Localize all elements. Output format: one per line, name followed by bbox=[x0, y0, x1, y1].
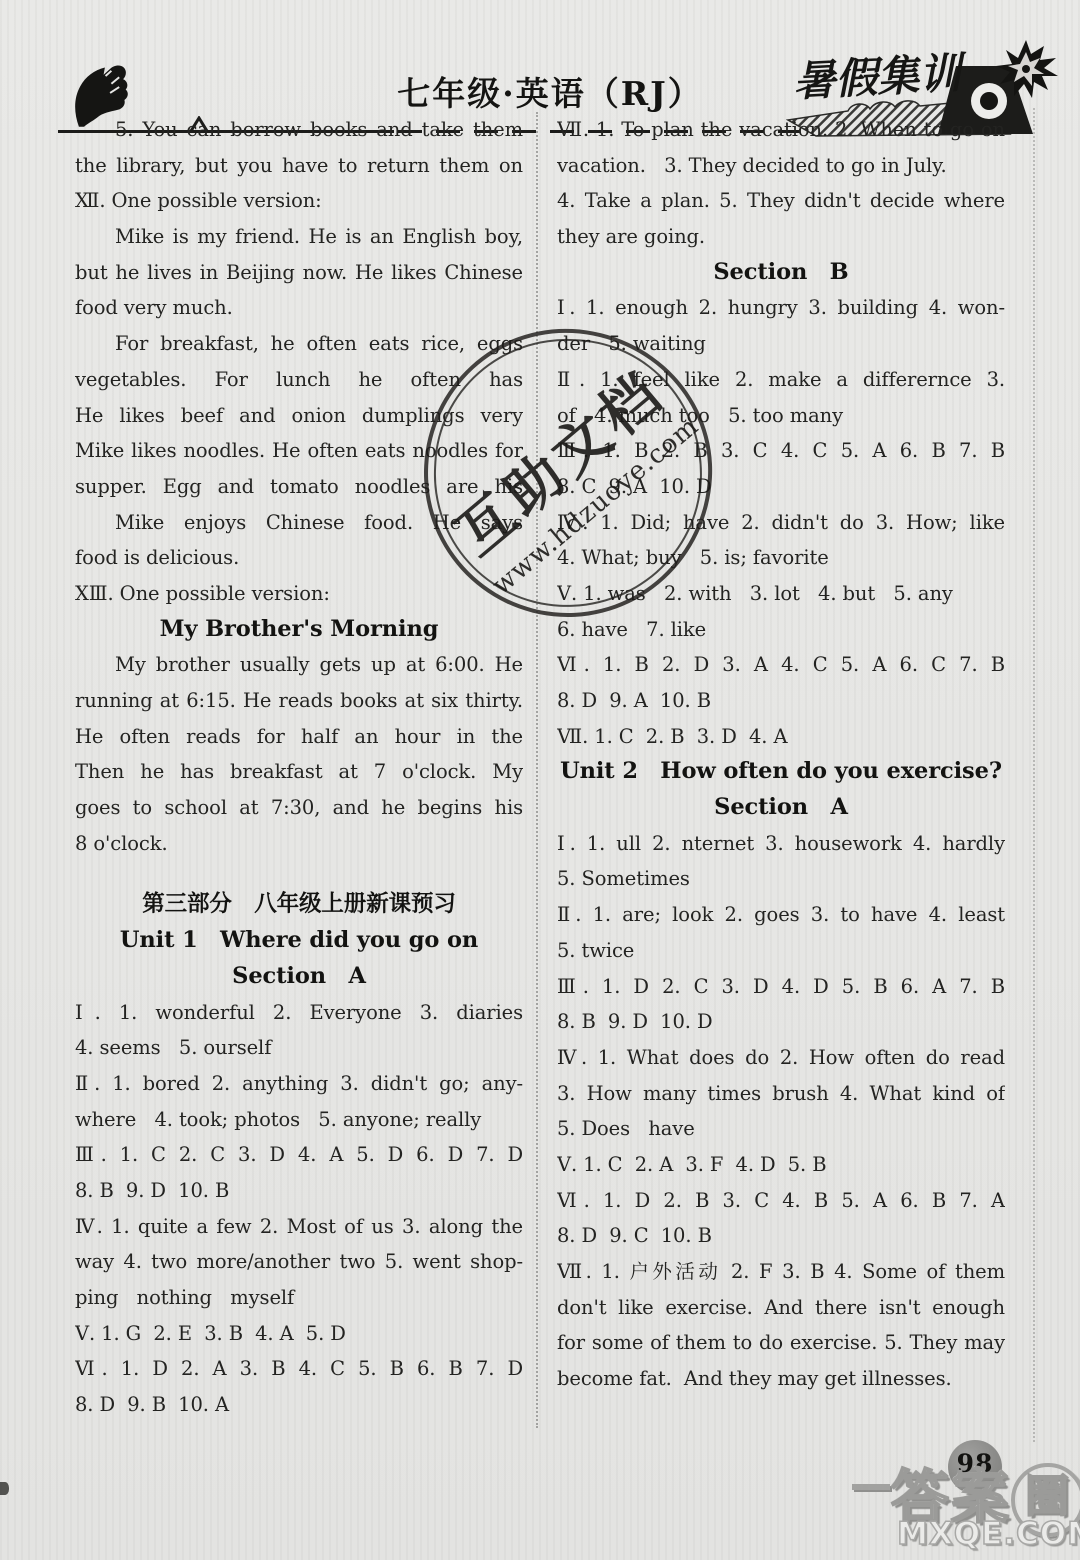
text-line: where 4. took; photos 5. anyone; really bbox=[75, 1102, 523, 1138]
text-line: food is delicious. bbox=[75, 540, 523, 576]
text-line: Ⅱ. 1. are; look 2. goes 3. to have 4. le… bbox=[557, 897, 1005, 933]
text-line: Ⅶ. 1. C 2. B 3. D 4. A bbox=[557, 719, 1005, 755]
text-line: goes to school at 7:30, and he begins hi… bbox=[75, 790, 523, 826]
text-line: My Brother's Morning bbox=[75, 612, 523, 648]
text-line: Section A bbox=[557, 790, 1005, 826]
text-line: Ⅰ. 1. ull 2. nternet 3. housework 4. har… bbox=[557, 826, 1005, 862]
text-line: Ⅵ. 1. D 2. B 3. C 4. B 5. A 6. B 7. A bbox=[557, 1183, 1005, 1219]
text-line: Ⅳ. 1. What does do 2. How often do read bbox=[557, 1040, 1005, 1076]
answer-column-right: Ⅶ. 1. To plan the vacation. 2. When to g… bbox=[557, 112, 1005, 1397]
answer-column-left: 5. You can borrow books and take them ou… bbox=[75, 112, 523, 1423]
text-line: vacation. 3. They decided to go in July. bbox=[557, 148, 1005, 184]
text-line: they are going. bbox=[557, 219, 1005, 255]
text-line: 4. seems 5. ourself bbox=[75, 1030, 523, 1066]
text-line: der 5. waiting bbox=[557, 326, 1005, 362]
text-line: Ⅵ. 1. B 2. D 3. A 4. C 5. A 6. C 7. B bbox=[557, 647, 1005, 683]
text-line: Ⅰ. 1. wonderful 2. Everyone 3. diaries bbox=[75, 995, 523, 1031]
text-line: He often reads for half an hour in the m… bbox=[75, 719, 523, 755]
text-line: Section A bbox=[75, 959, 523, 995]
text-line: 5. Sometimes bbox=[557, 861, 1005, 897]
text-line: Ⅻ. One possible version: bbox=[75, 183, 523, 219]
text-line: the library, but you have to return them… bbox=[75, 148, 523, 184]
text-line: 5. twice bbox=[557, 933, 1005, 969]
text-line: 6. have 7. like bbox=[557, 612, 1005, 648]
text-line: food very much. bbox=[75, 290, 523, 326]
text-line: 8. C 9. A 10. D bbox=[557, 469, 1005, 505]
page-title: 七年级·英语（RJ） bbox=[340, 68, 760, 115]
text-line: ⅩⅢ. One possible version: bbox=[75, 576, 523, 612]
text-line: Ⅲ. 1. B 2. B 3. C 4. C 5. A 6. B 7. B bbox=[557, 433, 1005, 469]
text-line: Ⅶ. 1. To plan the vacation. 2. When to g… bbox=[557, 112, 1005, 148]
text-line: 8 o'clock. bbox=[75, 826, 523, 862]
text-line: become fat. And they may get illnesses. bbox=[557, 1361, 1005, 1397]
text-line: He likes beef and onion dumplings very m… bbox=[75, 398, 523, 434]
text-line: Ⅴ. 1. G 2. E 3. B 4. A 5. D bbox=[75, 1316, 523, 1352]
text-line: For breakfast, he often eats rice, eggs … bbox=[75, 326, 523, 362]
text-line: for some of them to do exercise. 5. They… bbox=[557, 1325, 1005, 1361]
text-line: Unit 2 How often do you exercise? bbox=[557, 754, 1005, 790]
text-line: Ⅱ. 1. bored 2. anything 3. didn't go; an… bbox=[75, 1066, 523, 1102]
text-line: running at 6:15. He reads books at six t… bbox=[75, 683, 523, 719]
site-watermark: MXQE.COM bbox=[897, 1516, 1080, 1552]
text-line: Mike likes noodles. He often eats noodle… bbox=[75, 433, 523, 469]
text-line: Ⅳ. 1. Did; have 2. didn't do 3. How; lik… bbox=[557, 505, 1005, 541]
text-line: Section B bbox=[557, 255, 1005, 291]
text-line: 4. Take a plan. 5. They didn't decide wh… bbox=[557, 183, 1005, 219]
column-divider bbox=[536, 112, 538, 1428]
text-line: Unit 1 Where did you go on vacation? bbox=[75, 923, 523, 959]
text-line: Mike is my friend. He is an English boy, bbox=[75, 219, 523, 255]
text-line: Ⅲ. 1. D 2. C 3. D 4. D 5. B 6. A 7. B bbox=[557, 969, 1005, 1005]
text-line: 8. B 9. D 10. D bbox=[557, 1004, 1005, 1040]
text-line: of 4. much too 5. too many bbox=[557, 398, 1005, 434]
text-line: 第三部分 八年级上册新课预习 bbox=[75, 887, 523, 923]
text-line: 8. D 9. B 10. A bbox=[75, 1387, 523, 1423]
text-line: Ⅰ. 1. enough 2. hungry 3. building 4. wo… bbox=[557, 290, 1005, 326]
text-line: 3. How many times brush 4. What kind of bbox=[557, 1076, 1005, 1112]
text-line: 8. B 9. D 10. B bbox=[75, 1173, 523, 1209]
text-line: My brother usually gets up at 6:00. He g… bbox=[75, 647, 523, 683]
text-line: 5. Does have bbox=[557, 1111, 1005, 1147]
text-line: 5. You can borrow books and take them ou… bbox=[75, 112, 523, 148]
text-line: Ⅳ. 1. quite a few 2. Most of us 3. along… bbox=[75, 1209, 523, 1245]
text-line: Ⅶ. 1. 户外活动 2. F 3. B 4. Some of them bbox=[557, 1254, 1005, 1290]
text-line: 8. D 9. C 10. B bbox=[557, 1218, 1005, 1254]
right-margin-line bbox=[1033, 108, 1035, 1442]
text-line: Ⅲ. 1. C 2. C 3. D 4. A 5. D 6. D 7. D bbox=[75, 1137, 523, 1173]
text-line: don't like exercise. And there isn't eno… bbox=[557, 1290, 1005, 1326]
text-line: ping nothing myself bbox=[75, 1280, 523, 1316]
text-line: 4. What; buy 5. is; favorite bbox=[557, 540, 1005, 576]
brand-dash bbox=[852, 1484, 890, 1490]
text-line: Then he has breakfast at 7 o'clock. My b… bbox=[75, 754, 523, 790]
text-line: Mike enjoys Chinese food. He says Chines… bbox=[75, 505, 523, 541]
text-line: 8. D 9. A 10. B bbox=[557, 683, 1005, 719]
badge-label: 暑假集训 bbox=[792, 48, 969, 106]
scan-artifact bbox=[0, 1482, 9, 1495]
text-line: but he lives in Beijing now. He likes Ch… bbox=[75, 255, 523, 291]
text-line: vegetables. For lunch he often has dumpl… bbox=[75, 362, 523, 398]
text-line: way 4. two more/another two 5. went shop… bbox=[75, 1244, 523, 1280]
text-line: Ⅴ. 1. was 2. with 3. lot 4. but 5. any bbox=[557, 576, 1005, 612]
text-line: Ⅱ. 1. feel like 2. make a differernce 3.… bbox=[557, 362, 1005, 398]
text-line: Ⅵ. 1. D 2. A 3. B 4. C 5. B 6. B 7. D bbox=[75, 1351, 523, 1387]
text-line: supper. Egg and tomato noodles are his f… bbox=[75, 469, 523, 505]
text-line: Ⅴ. 1. C 2. A 3. F 4. D 5. B bbox=[557, 1147, 1005, 1183]
